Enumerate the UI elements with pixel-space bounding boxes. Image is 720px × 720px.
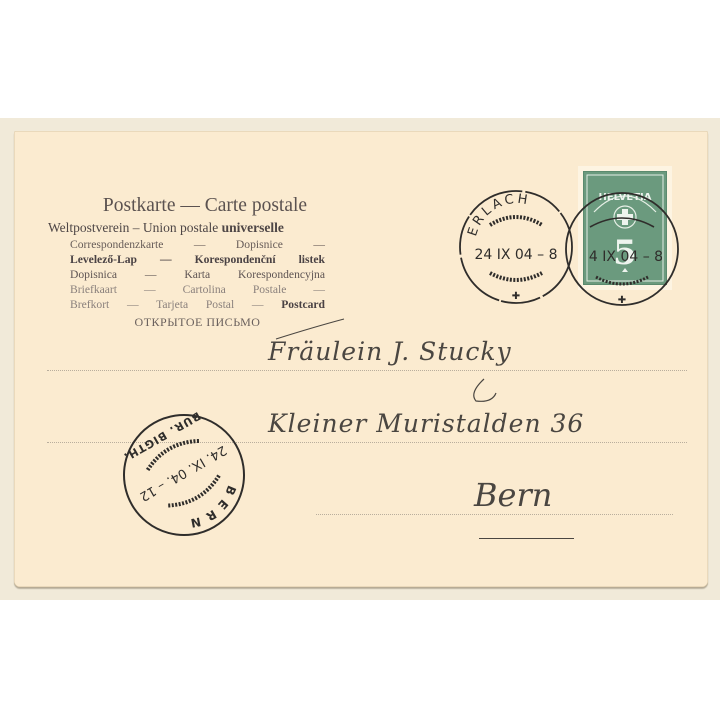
stamp-value: 5 <box>613 233 637 273</box>
postage-stamp: HELVETIA 5 <box>578 166 672 290</box>
postcard: Postkarte — Carte postale Weltpostverein… <box>14 131 708 587</box>
stamp-artwork: HELVETIA 5 <box>584 172 666 284</box>
stamp-design: HELVETIA 5 <box>583 171 667 285</box>
stamp-country: HELVETIA <box>598 192 651 203</box>
